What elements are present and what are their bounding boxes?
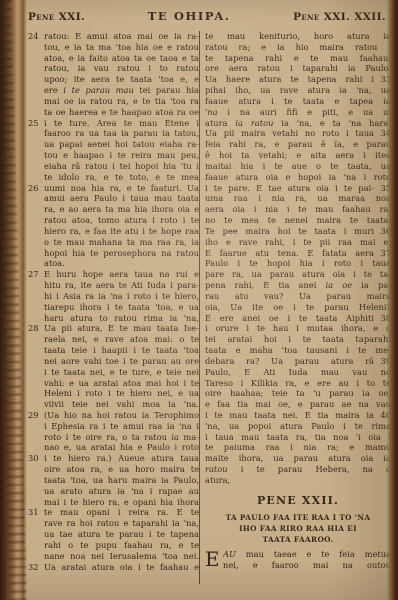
running-head: Pene XXI. TE OHIPA. Pene XXI. XXII. (28, 9, 386, 23)
text-line: 'na, ua popoi atura Paulo i te rima (205, 421, 391, 432)
text-line: maite ihora, ua parau atura oia ia (205, 453, 391, 464)
text-line: pare ra, ua parau atura oia i te ta- (205, 269, 391, 280)
verse-number: 28 (28, 323, 39, 334)
text-line: oire haahaa; teie ta 'u parau ia oe, (205, 388, 391, 399)
text-line: 30i te hiero ra.) Aueue atura taua (27, 453, 199, 464)
text-line: AU mau taeae e te feia metua (223, 549, 391, 560)
text-line: ratou, ia vau ratou i to ratou (27, 63, 199, 74)
text-line: rahi o te pupu faahau ra, e te (27, 540, 199, 551)
text-line: uma raa i nia ra, ua maraa noa (205, 193, 391, 204)
text-line: 32Ua aratai atura oia i te faahau e (27, 562, 199, 573)
text-line: hopoi hia te perosephora na ratou (27, 248, 199, 259)
drop-cap-initial: E (205, 550, 220, 571)
running-head-left: Pene XXI. (28, 11, 85, 23)
left-column: 24ratou: E amui atoa mai oe ia ra-tou, e… (27, 31, 199, 584)
text-line: atura ia ratou ia 'na, e ta 'na hara. (205, 118, 391, 129)
text-line: e faa tia mai oe, e parau ae na vau (205, 399, 391, 410)
text-line: pihai iho, ua rave atura ia 'na, ua (205, 85, 391, 96)
text-line: rave ra hoi ratou e taparahi ia 'na, (27, 518, 199, 529)
text-line: eiaha râ ratou i tei hopoi hia 'tu i (27, 161, 199, 172)
text-line: mai i te hiero ra, e opani hia ihora (27, 497, 199, 508)
verse-number: 27 (28, 269, 39, 280)
text-line: haru atura to ratou rima ia 'na, (27, 313, 199, 324)
verse-number: 24 (28, 31, 39, 42)
verse-number: 29 (28, 410, 39, 421)
opening-paragraph: E AU mau taeae e te feia metua nei, e fa… (205, 549, 391, 571)
text-line: tei aratai hoi i te taata taparahi (205, 334, 391, 345)
text-line: ratou atoa, tomo atura i roto i te (27, 215, 199, 226)
text-line: nane noa nei Ierusalema 'toa nei. (27, 551, 199, 562)
book-title: TE OHIPA. (148, 9, 231, 23)
text-line: upoo; ite aera te taata 'toa e, e (27, 74, 199, 85)
text-line: 28Ua pii atura, E te mau taata Ise- (27, 323, 199, 334)
facing-page-text-sliver (0, 0, 27, 600)
text-line: tou e haapao i te reira mau peu, (27, 150, 199, 161)
text-line: raela nei, e rave atoa mai: o te (27, 334, 199, 345)
text-line: ê hoi ta vetahi; e aita aera i itea (205, 150, 391, 161)
text-line: oia, Ua ite oe i te parau Heleni? (205, 302, 391, 313)
verse-number: 32 (28, 562, 39, 573)
text-line: ore aera ratou i taparahi ia Paulo. (205, 63, 391, 74)
text-line: aera oia i nia i te mau faahau ra, (205, 204, 391, 215)
text-line: 26uumi noa hia ra, e te faaturi. Ua (27, 183, 199, 194)
text-line: hitu ra, ite aera te Ati Iuda i para- (27, 280, 199, 291)
text-line: 24ratou: E amui atoa mai oe ia ra- (27, 31, 199, 42)
chapter-section: PENE XXII. TA PAULO FAA ITE RAA I TO 'NA… (205, 494, 391, 571)
text-line: o te mau mahana ta ma raa ra, ia (27, 237, 199, 248)
text-line: feia rahi ra, e parau ê ïa, e parau (205, 139, 391, 150)
text-line: 31te mau opani i reira ra. E te (27, 507, 199, 518)
book-gutter (0, 0, 27, 600)
text-line: 39debara ra? Ua parau atura râ (205, 356, 391, 367)
text-line: 29(Ua hio na hoi ratou ia Terophimo (27, 410, 199, 421)
text-line: te mau keniturio, horo atura ia (205, 31, 391, 42)
page-edge-shadow (386, 0, 398, 600)
text-line: 33Ua haere atura te tapena rahi i (205, 74, 391, 85)
text-line: mai oe ia ratou ra, e te tia 'toa ra (27, 96, 199, 107)
text-line: 37E faarue atu tena. E fatata aera (205, 248, 391, 259)
running-head-right: Pene XXI. XXII. (293, 11, 386, 23)
chapter-subtitle-line: IHO FAA RIRO RAA HIA EI (205, 523, 391, 534)
text-line: faaroo ra ua taa ia parau ia tatou, (27, 128, 199, 139)
text-line: i Ephesia ra i te amui raa ia 'na i (27, 421, 199, 432)
text-line: te paiuma raa i nia ra; e mamu (205, 442, 391, 453)
text-line: amui aera Paulo i taua mau taata (27, 193, 199, 204)
text-line: i taua mau taata ra, tia noa 'i oia i (205, 432, 391, 443)
text-line: atura, (205, 475, 391, 486)
text-line: ratou ra; e ia hio maira ratou i (205, 42, 391, 53)
chapter-subtitle-line: TAATA FAAROO. (205, 534, 391, 545)
text-line: 'na i na auri fifi e piti, e ua ui (205, 107, 391, 118)
text-line: viivii teie nei vahi moa ia 'na. (27, 399, 199, 410)
verse-number: 26 (28, 183, 39, 194)
text-line: Heleni i roto i te hiero nei, e ua (27, 388, 199, 399)
text-line: maitai hia i te aue o te taata, ua (205, 161, 391, 172)
text-line: 38E ere anei oe i te taata Aiphiti (205, 313, 391, 324)
text-line: 27E huru hope aera taua na rui e (27, 269, 199, 280)
text-line: te tapena rahi e te mau faahau, (205, 53, 391, 64)
text-line: 25i te ture. Area te mau Etene i (27, 118, 199, 129)
text-line: i te taata nei, e te ture, e teie nei (27, 367, 199, 378)
text-line: tou, e ia ta ma 'toa hia oe e ratou (27, 42, 199, 53)
text-line: ua arato atura ia 'na i rapae au (27, 486, 199, 497)
text-line: Tareso i Kilikia ra, e ere au i to te (205, 378, 391, 389)
text-line: iho e rave rahi, i te pii raa mai e, (205, 237, 391, 248)
chapter-heading: PENE XXII. (205, 494, 391, 507)
text-line: atoa. (27, 258, 199, 269)
text-line: 40i te mau taata nei. E tia maira ia (205, 410, 391, 421)
text-line: vahi: e ua aratai atoa mai hoi i te (27, 378, 199, 389)
verse-number: 31 (28, 507, 39, 518)
text-line: nao e, ua aratai hia e Paulo i roto (27, 442, 199, 453)
text-line: 36Te pee maira hoi te taata i muri (205, 226, 391, 237)
right-column: te mau keniturio, horo atura iaratou ra;… (199, 31, 391, 584)
text-line: ua papai aenei hoi tatou eiaha ra- (27, 139, 199, 150)
chapter-subtitle: TA PAULO FAA ITE RAA I TO 'NA IHO FAA RI… (205, 512, 391, 546)
text-line: 35i te pare. E tae atura oia i te pai- (205, 183, 391, 194)
verse-number: 30 (28, 453, 39, 464)
text-line: nei aore vahi toe i te parau au ore (27, 356, 199, 367)
text-line: oire atoa ra, e ua horo maira te (27, 464, 199, 475)
text-line: i orure i te hau i mutaa ihora, e o (205, 323, 391, 334)
text-line: faaue atura oia e hopoi ia 'na i roto (205, 172, 391, 183)
text-line: Paulo, E Ati Iuda mau vau no (205, 367, 391, 378)
text-line: Paulo i te hopoi hia i roto i taua (205, 258, 391, 269)
text-line: ra, e ao aera ta ma hia ihora oia e (27, 204, 199, 215)
text-line: no te mea te nenei maira te taata. (205, 215, 391, 226)
chapter-subtitle-line: TA PAULO FAA ITE RAA I TO 'NA (205, 512, 391, 523)
text-line: tiarepu ihora i te taata 'toa, e ua (27, 302, 199, 313)
text-line: te idolo ra, e te toto, e te mea (27, 172, 199, 183)
text-line: taata teie i haapii i te taata 'toa (27, 345, 199, 356)
text-line: nei, e faaroo mai na outou (223, 560, 391, 571)
text-line: pena rahi, E tia anei ia oe ia pa- (205, 280, 391, 291)
text-line: hi i Asia ra ia 'na i roto i te hiero, (27, 291, 199, 302)
text-line: ratou i te parau Hebera, na o (205, 464, 391, 475)
text-columns: 24ratou: E amui atoa mai oe ia ra-tou, e… (27, 31, 391, 584)
text-line: atoa, e ia faito atoa ta oe taoa e ta (27, 53, 199, 64)
text-line: ta oe haerea e te haapao atoa ra oe (27, 107, 199, 118)
text-line: taata 'toa, ua haru maira ia Paulo, (27, 475, 199, 486)
text-line: 34Ua pii maira vetahi no roto i taua (205, 128, 391, 139)
book-page-photo: Pene XXI. TE OHIPA. Pene XXI. XXII. 24ra… (0, 0, 398, 600)
verse-number: 25 (28, 118, 39, 129)
text-line: taata e maha 'toa tausani i te me- (205, 345, 391, 356)
text-line: roto i te oire ra, o ta ratou ia ma- (27, 432, 199, 443)
text-line: rau atu vau? Ua parau maira (205, 291, 391, 302)
text-line: faaue atura i te taata e tapea ia (205, 96, 391, 107)
text-line: ua tae atura te parau i te tapena (27, 529, 199, 540)
text-line: ere i te parau mau tei parau hia (27, 85, 199, 96)
text-line: hiero ra, e faa ite atu i te hope raa (27, 226, 199, 237)
right-column-text: te mau keniturio, horo atura iaratou ra;… (205, 31, 391, 486)
